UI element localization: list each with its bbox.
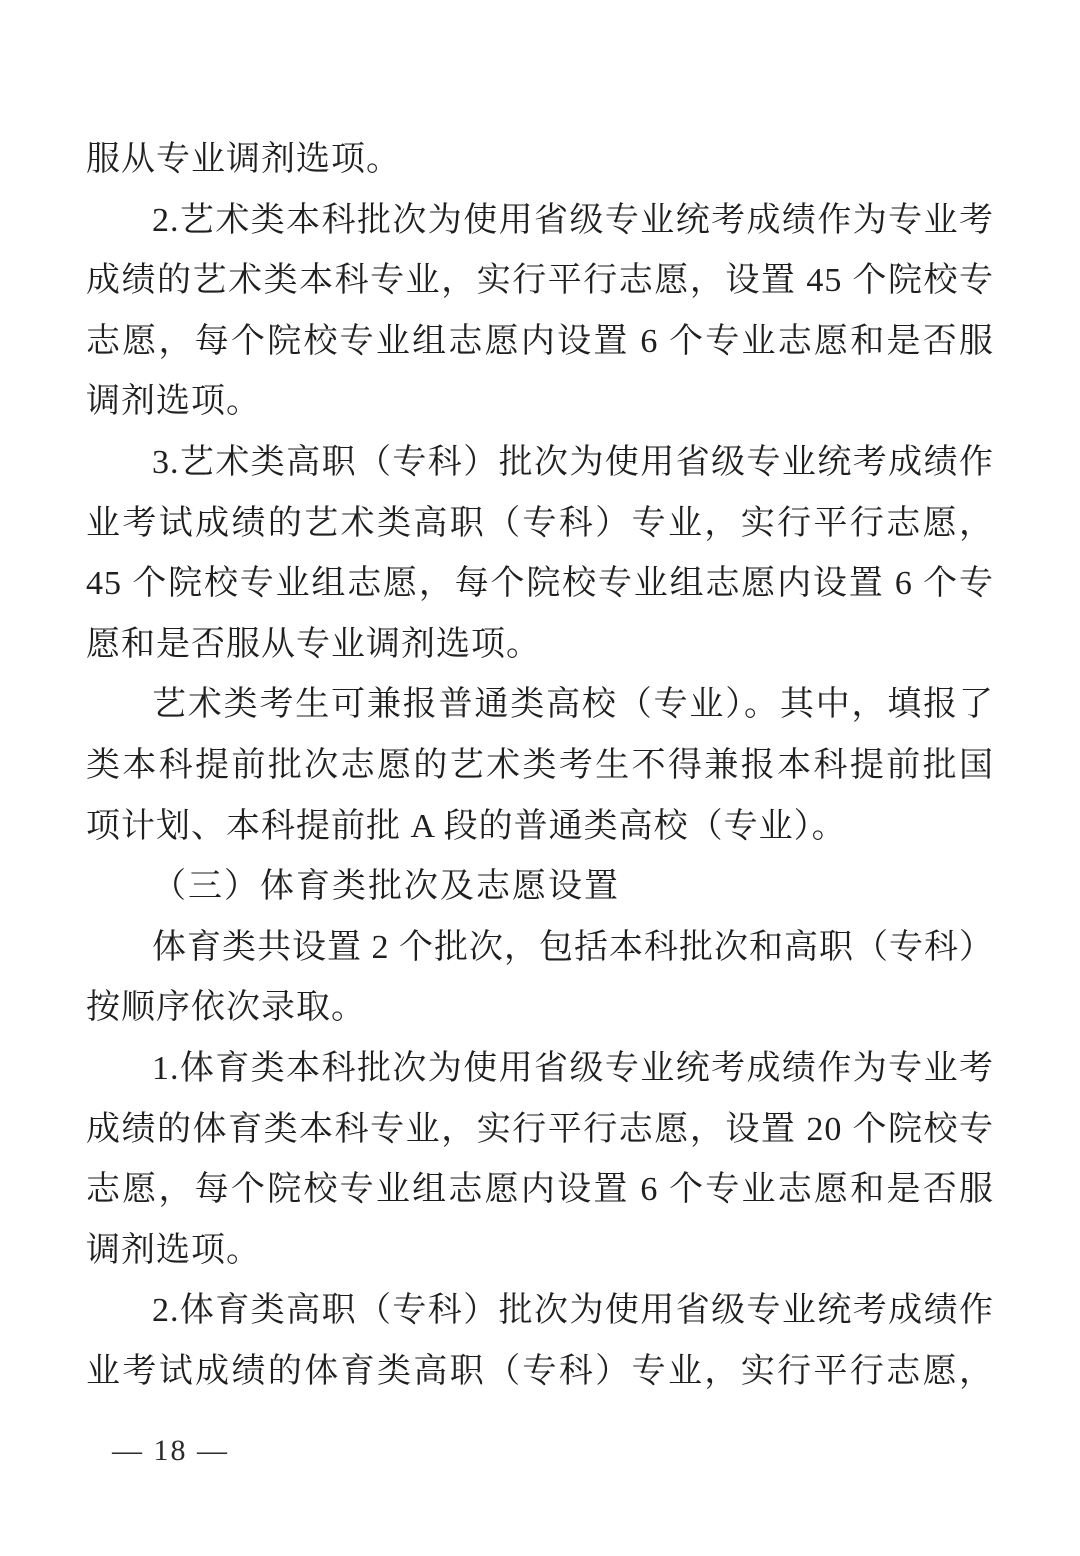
text-line: 业考试成绩的艺术类高职（专科）专业，实行平行志愿，设置 [86,494,994,555]
text-line: 体育类共设置 2 个批次，包括本科批次和高职（专科）批次， [86,918,994,979]
section-heading: （三）体育类批次及志愿设置 [86,857,994,918]
text-line: 服从专业调剂选项。 [86,130,994,191]
page-number: — 18 — [112,1434,229,1467]
text-line: 45 个院校专业组志愿，每个院校专业组志愿内设置 6 个专业志 [86,554,994,615]
document-body: 服从专业调剂选项。2.艺术类本科批次为使用省级专业统考成绩作为专业考试成绩的艺术… [86,130,994,1402]
document-page: 服从专业调剂选项。2.艺术类本科批次为使用省级专业统考成绩作为专业考试成绩的艺术… [0,0,1080,1556]
text-line: 志愿，每个院校专业组志愿内设置 6 个专业志愿和是否服从专业 [86,312,994,373]
text-line: 按顺序依次录取。 [86,978,994,1039]
text-line: 项计划、本科提前批 A 段的普通类高校（专业）。 [86,797,994,858]
page-footer: — 18 — [112,1428,229,1474]
text-line: 志愿，每个院校专业组志愿内设置 6 个专业志愿和是否服从专业 [86,1160,994,1221]
text-line: 2.体育类高职（专科）批次为使用省级专业统考成绩作为专 [86,1281,994,1342]
text-line: 3.艺术类高职（专科）批次为使用省级专业统考成绩作为专 [86,433,994,494]
text-line: 调剂选项。 [86,1221,994,1282]
text-line: 1.体育类本科批次为使用省级专业统考成绩作为专业考试 [86,1039,994,1100]
text-line: 艺术类考生可兼报普通类高校（专业）。其中，填报了艺术 [86,675,994,736]
text-line: 成绩的艺术类本科专业，实行平行志愿，设置 45 个院校专业组 [86,251,994,312]
text-line: 调剂选项。 [86,372,994,433]
text-line: 成绩的体育类本科专业，实行平行志愿，设置 20 个院校专业组 [86,1100,994,1161]
text-line: 类本科提前批次志愿的艺术类考生不得兼报本科提前批国家专 [86,736,994,797]
text-line: 2.艺术类本科批次为使用省级专业统考成绩作为专业考试 [86,191,994,252]
text-line: 愿和是否服从专业调剂选项。 [86,615,994,676]
text-line: 业考试成绩的体育类高职（专科）专业，实行平行志愿，设置 [86,1342,994,1403]
